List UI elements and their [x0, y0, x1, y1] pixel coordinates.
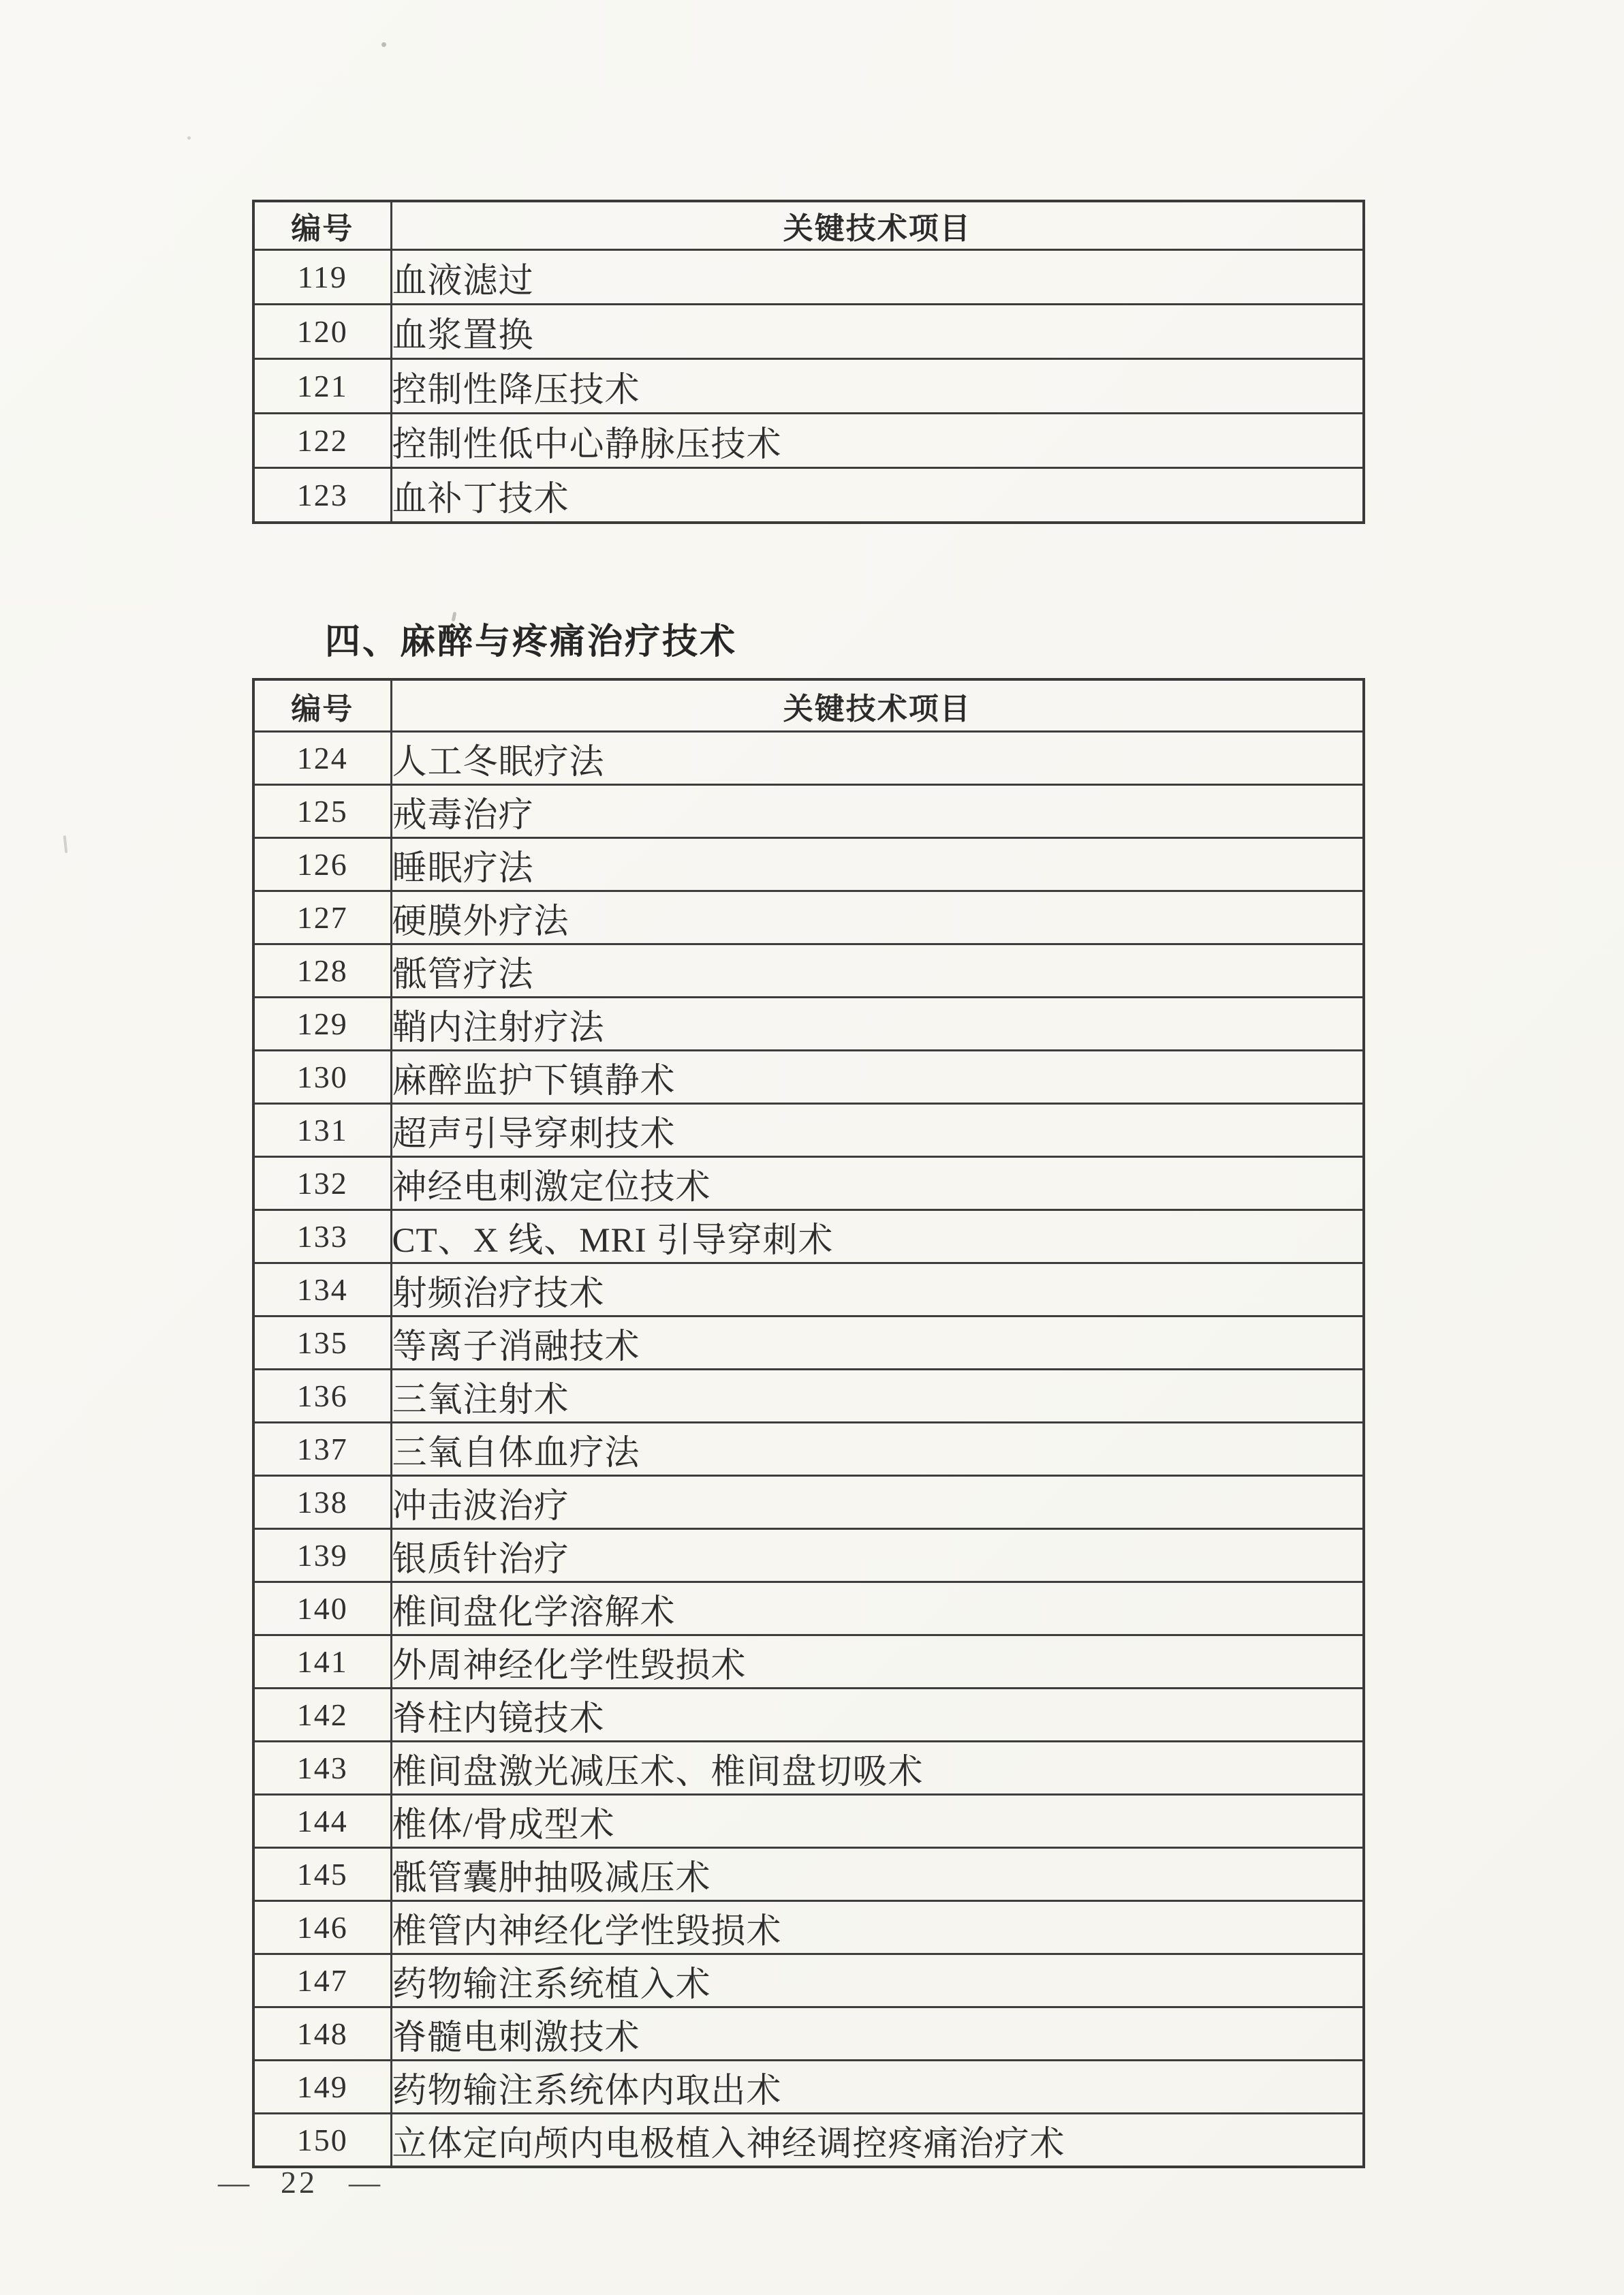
- key-tech-table-2: 编号 关键技术项目 124 人工冬眠疗法 125 戒毒治疗 126 睡眠疗法: [252, 678, 1365, 2168]
- row-tech-cell: 骶管囊肿抽吸减压术: [391, 1848, 1364, 1901]
- row-tech-cell: 人工冬眠疗法: [391, 732, 1364, 785]
- table-row: 125 戒毒治疗: [253, 785, 1364, 838]
- row-number-cell: 119: [253, 250, 391, 305]
- table-row: 133 CT、X 线、MRI 引导穿刺术: [253, 1210, 1364, 1263]
- row-tech-cell: 脊髓电刺激技术: [391, 2007, 1364, 2061]
- row-tech-cell: 射频治疗技术: [391, 1263, 1364, 1316]
- page-number-dash-right: —: [349, 2164, 380, 2200]
- row-tech-cell: 戒毒治疗: [391, 785, 1364, 838]
- row-tech-cell: 血液滤过: [391, 250, 1364, 305]
- table-row: 143 椎间盘激光减压术、椎间盘切吸术: [253, 1742, 1364, 1795]
- row-tech-cell: 硬膜外疗法: [391, 891, 1364, 944]
- row-number-cell: 135: [253, 1316, 391, 1370]
- table-row: 134 射频治疗技术: [253, 1263, 1364, 1316]
- table-row: 136 三氧注射术: [253, 1370, 1364, 1423]
- section-title: 四、麻醉与疼痛治疗技术: [325, 624, 737, 660]
- row-number-cell: 140: [253, 1582, 391, 1635]
- row-number-cell: 150: [253, 2114, 391, 2168]
- table-row: 127 硬膜外疗法: [253, 891, 1364, 944]
- row-number-cell: 129: [253, 998, 391, 1051]
- row-tech-cell: 控制性降压技术: [391, 359, 1364, 414]
- key-tech-table-1: 编号 关键技术项目 119 血液滤过 120 血浆置换 121 控制性降压技术: [252, 200, 1365, 524]
- table-row: 132 神经电刺激定位技术: [253, 1157, 1364, 1210]
- table-row: 142 脊柱内镜技术: [253, 1689, 1364, 1742]
- row-number-cell: 121: [253, 359, 391, 414]
- row-number-cell: 123: [253, 468, 391, 523]
- row-number-cell: 141: [253, 1635, 391, 1689]
- page-number-dash-left: —: [218, 2164, 249, 2200]
- row-number-cell: 144: [253, 1795, 391, 1848]
- row-number-cell: 137: [253, 1423, 391, 1476]
- row-number-cell: 131: [253, 1104, 391, 1157]
- row-tech-cell: 血补丁技术: [391, 468, 1364, 523]
- table-row: 129 鞘内注射疗法: [253, 998, 1364, 1051]
- row-tech-cell: 药物输注系统植入术: [391, 1954, 1364, 2007]
- scan-speck: [187, 136, 191, 140]
- row-number-cell: 145: [253, 1848, 391, 1901]
- row-number-cell: 142: [253, 1689, 391, 1742]
- table-row: 145 骶管囊肿抽吸减压术: [253, 1848, 1364, 1901]
- row-number-cell: 134: [253, 1263, 391, 1316]
- row-number-cell: 132: [253, 1157, 391, 1210]
- table-row: 123 血补丁技术: [253, 468, 1364, 523]
- table-row: 139 银质针治疗: [253, 1529, 1364, 1582]
- table-row: 124 人工冬眠疗法: [253, 732, 1364, 785]
- row-number-cell: 124: [253, 732, 391, 785]
- row-number-cell: 148: [253, 2007, 391, 2061]
- table2-col-header-tech: 关键技术项目: [391, 679, 1364, 732]
- row-tech-cell: 椎体/骨成型术: [391, 1795, 1364, 1848]
- row-number-cell: 120: [253, 305, 391, 359]
- row-tech-cell: 银质针治疗: [391, 1529, 1364, 1582]
- table2-header-row: 编号 关键技术项目: [253, 679, 1364, 732]
- row-tech-cell: 冲击波治疗: [391, 1476, 1364, 1529]
- row-tech-cell: 椎间盘激光减压术、椎间盘切吸术: [391, 1742, 1364, 1795]
- page-number: — 22 —: [218, 2164, 380, 2200]
- row-tech-cell: 三氧自体血疗法: [391, 1423, 1364, 1476]
- table-row: 147 药物输注系统植入术: [253, 1954, 1364, 2007]
- table1-col-header-number: 编号: [253, 201, 391, 250]
- row-tech-cell: 立体定向颅内电极植入神经调控疼痛治疗术: [391, 2114, 1364, 2168]
- table-row: 149 药物输注系统体内取出术: [253, 2061, 1364, 2114]
- table-row: 130 麻醉监护下镇静术: [253, 1051, 1364, 1104]
- table-row: 122 控制性低中心静脉压技术: [253, 414, 1364, 468]
- table-row: 150 立体定向颅内电极植入神经调控疼痛治疗术: [253, 2114, 1364, 2168]
- table-row: 121 控制性降压技术: [253, 359, 1364, 414]
- row-tech-cell: 椎管内神经化学性毁损术: [391, 1901, 1364, 1954]
- row-tech-cell: 脊柱内镜技术: [391, 1689, 1364, 1742]
- row-number-cell: 125: [253, 785, 391, 838]
- row-tech-cell: 超声引导穿刺技术: [391, 1104, 1364, 1157]
- table2-col-header-number: 编号: [253, 679, 391, 732]
- table-row: 126 睡眠疗法: [253, 838, 1364, 891]
- row-number-cell: 143: [253, 1742, 391, 1795]
- row-tech-cell: 麻醉监护下镇静术: [391, 1051, 1364, 1104]
- row-tech-cell: 血浆置换: [391, 305, 1364, 359]
- row-number-cell: 136: [253, 1370, 391, 1423]
- row-tech-cell: 睡眠疗法: [391, 838, 1364, 891]
- row-tech-cell: 药物输注系统体内取出术: [391, 2061, 1364, 2114]
- row-number-cell: 128: [253, 944, 391, 998]
- row-tech-cell: 控制性低中心静脉压技术: [391, 414, 1364, 468]
- row-number-cell: 139: [253, 1529, 391, 1582]
- row-number-cell: 138: [253, 1476, 391, 1529]
- table-row: 137 三氧自体血疗法: [253, 1423, 1364, 1476]
- row-tech-cell: 三氧注射术: [391, 1370, 1364, 1423]
- row-number-cell: 126: [253, 838, 391, 891]
- row-number-cell: 149: [253, 2061, 391, 2114]
- row-tech-cell: 等离子消融技术: [391, 1316, 1364, 1370]
- table1-col-header-tech: 关键技术项目: [391, 201, 1364, 250]
- row-number-cell: 130: [253, 1051, 391, 1104]
- row-tech-cell: CT、X 线、MRI 引导穿刺术: [391, 1210, 1364, 1263]
- table-row: 138 冲击波治疗: [253, 1476, 1364, 1529]
- row-tech-cell: 椎间盘化学溶解术: [391, 1582, 1364, 1635]
- row-tech-cell: 骶管疗法: [391, 944, 1364, 998]
- table-row: 128 骶管疗法: [253, 944, 1364, 998]
- table-row: 135 等离子消融技术: [253, 1316, 1364, 1370]
- table-row: 144 椎体/骨成型术: [253, 1795, 1364, 1848]
- row-number-cell: 146: [253, 1901, 391, 1954]
- table-row: 119 血液滤过: [253, 250, 1364, 305]
- table-row: 131 超声引导穿刺技术: [253, 1104, 1364, 1157]
- table-row: 120 血浆置换: [253, 305, 1364, 359]
- table-row: 148 脊髓电刺激技术: [253, 2007, 1364, 2061]
- table-row: 141 外周神经化学性毁损术: [253, 1635, 1364, 1689]
- row-tech-cell: 神经电刺激定位技术: [391, 1157, 1364, 1210]
- document-page: 编号 关键技术项目 119 血液滤过 120 血浆置换 121 控制性降压技术: [0, 0, 1624, 2295]
- page-number-value: 22: [281, 2164, 317, 2200]
- scan-speck: [63, 835, 68, 853]
- row-tech-cell: 鞘内注射疗法: [391, 998, 1364, 1051]
- row-number-cell: 133: [253, 1210, 391, 1263]
- row-tech-cell: 外周神经化学性毁损术: [391, 1635, 1364, 1689]
- row-number-cell: 122: [253, 414, 391, 468]
- table-row: 146 椎管内神经化学性毁损术: [253, 1901, 1364, 1954]
- scan-speck: [452, 612, 457, 622]
- table1-header-row: 编号 关键技术项目: [253, 201, 1364, 250]
- scan-speck: [381, 42, 386, 47]
- table-row: 140 椎间盘化学溶解术: [253, 1582, 1364, 1635]
- row-number-cell: 147: [253, 1954, 391, 2007]
- row-number-cell: 127: [253, 891, 391, 944]
